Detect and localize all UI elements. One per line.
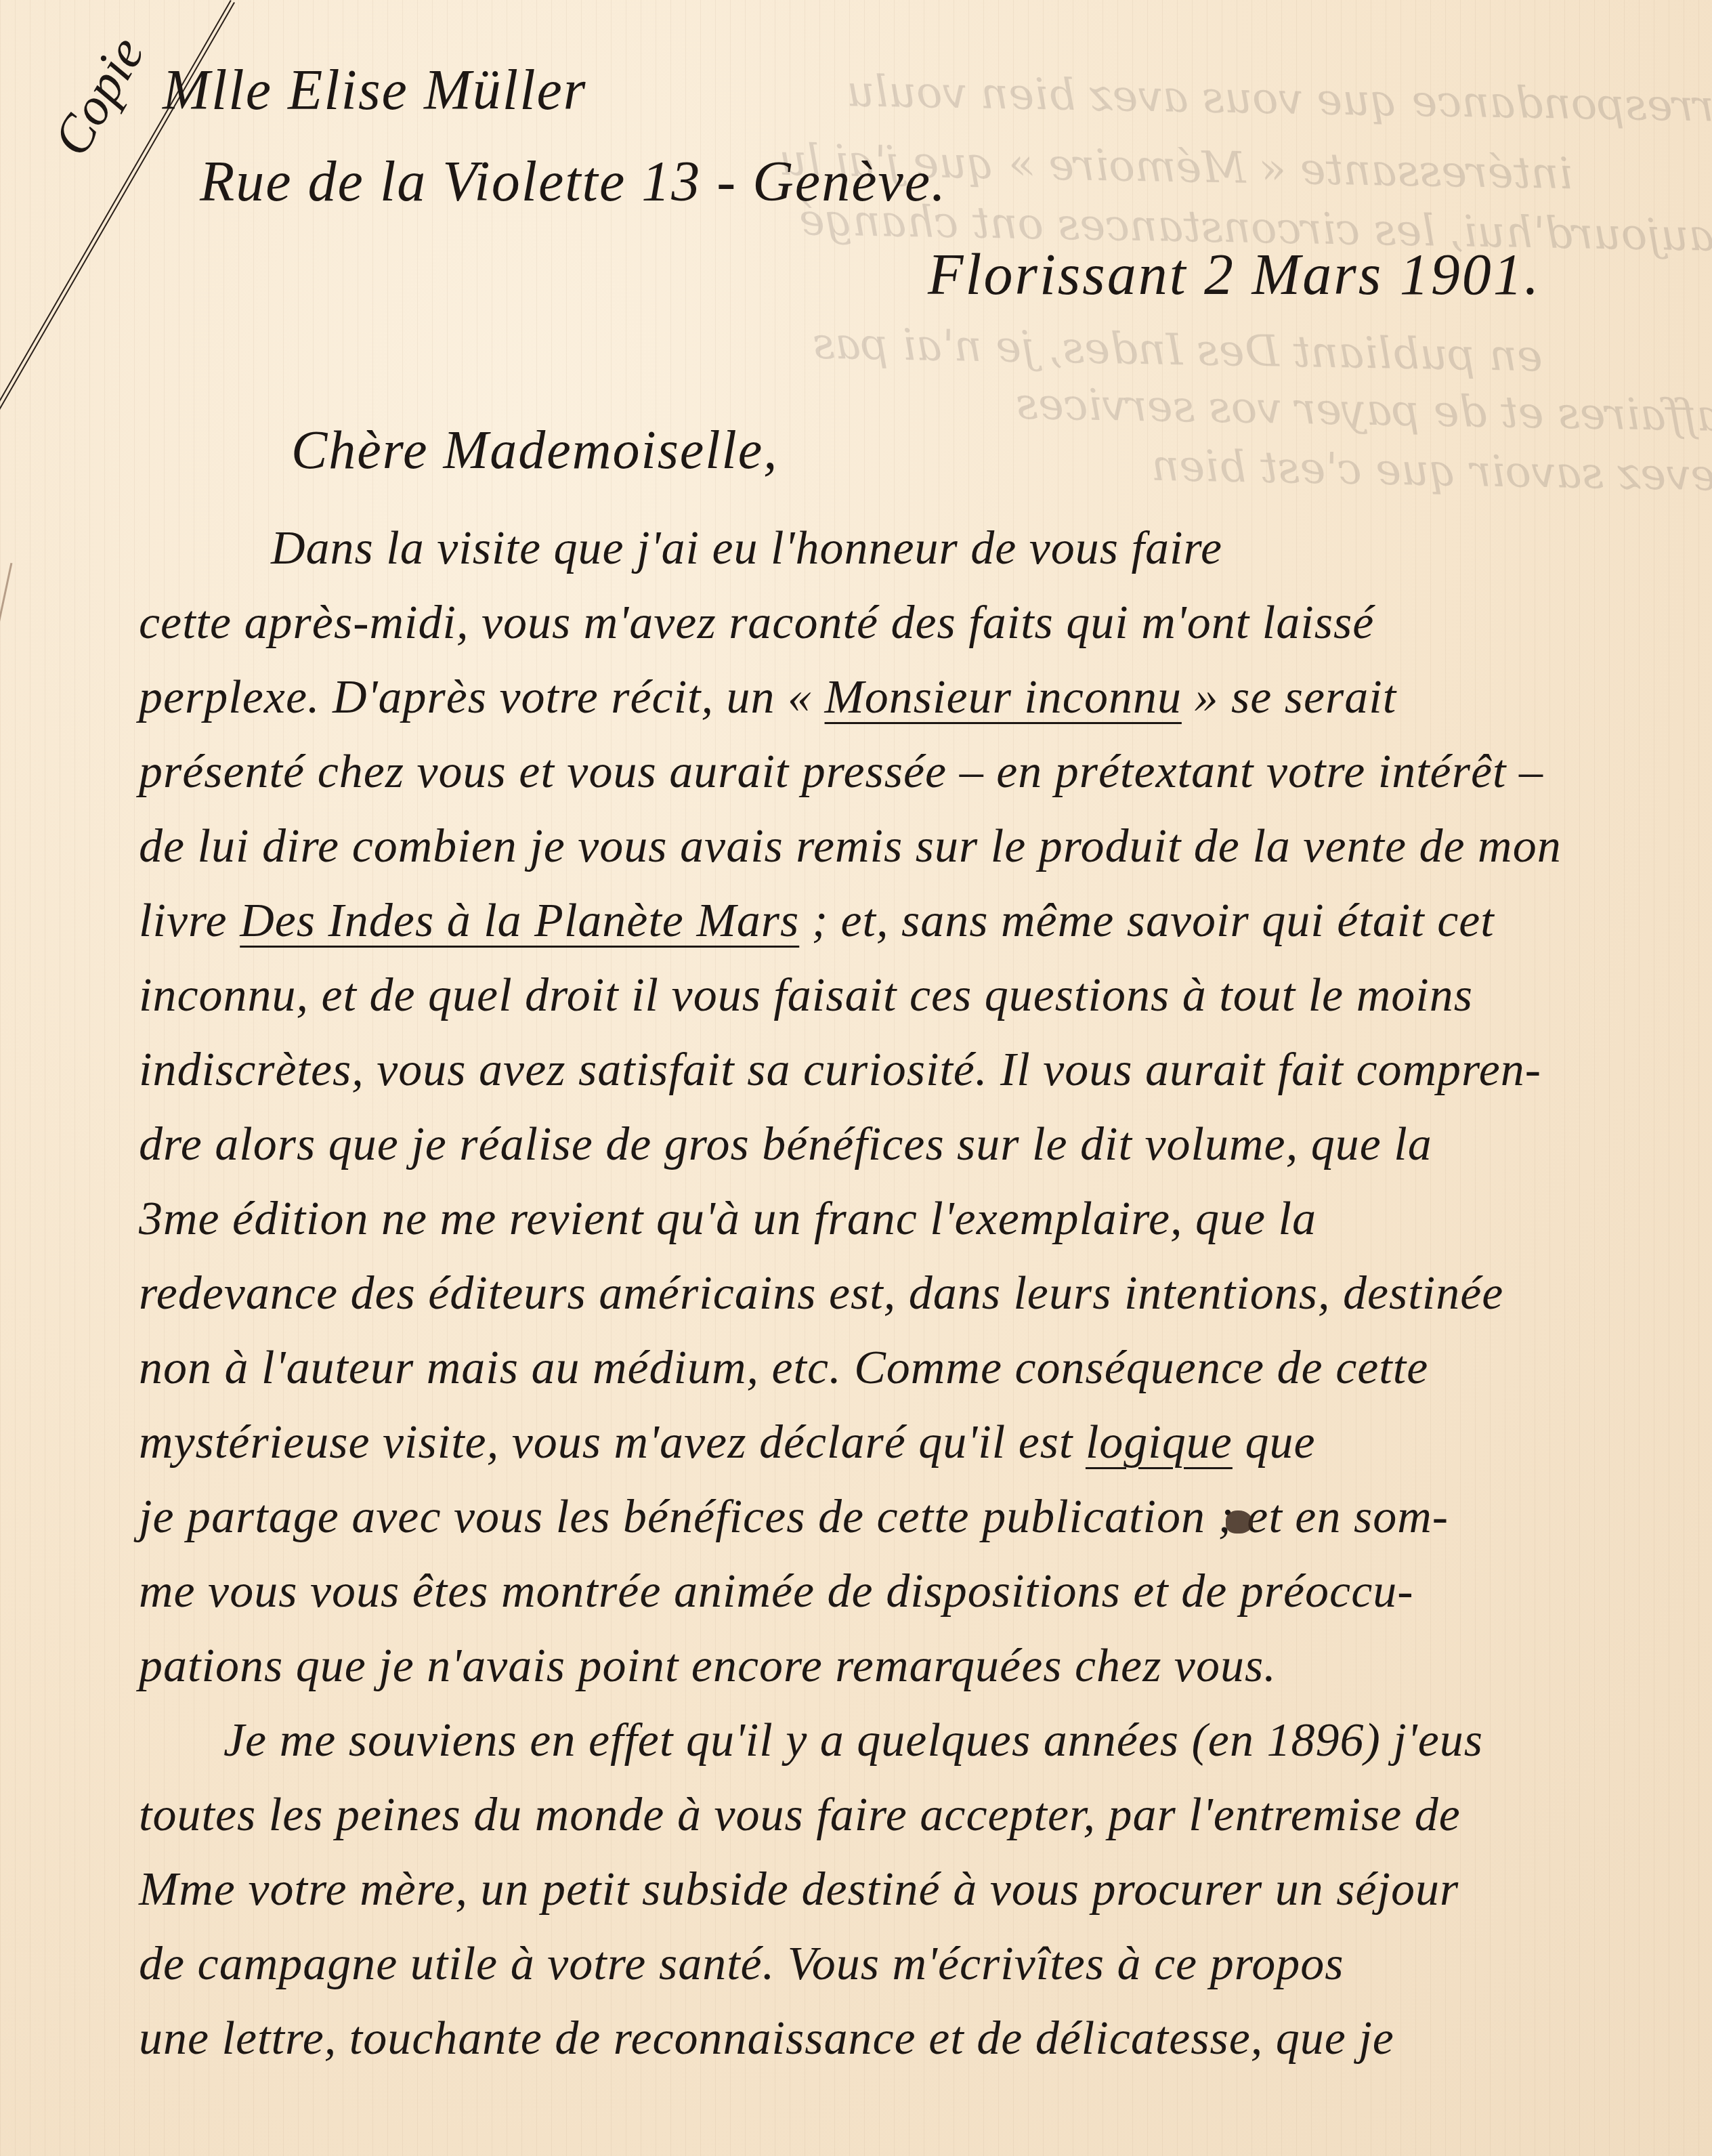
body-line: me vous vous êtes montrée animée de disp… [139, 1565, 1414, 1619]
place-date-line: Florissant 2 Mars 1901. [928, 240, 1541, 308]
body-line: cette après-midi, vous m'avez raconté de… [139, 596, 1374, 650]
text: mystérieuse visite, vous m'avez déclaré … [139, 1416, 1086, 1468]
body-line: je partage avec vous les bénéfices de ce… [139, 1490, 1449, 1544]
text: perplexe. D'après votre récit, un « [139, 671, 825, 723]
letter-page: correspondance que vous avez bien voulu … [0, 0, 1712, 2156]
bleed-through-line: correspondance que vous avez bien voulu [846, 66, 1712, 133]
body-line: Mme votre mère, un petit subside destiné… [139, 1863, 1459, 1917]
salutation: Chère Mademoiselle, [291, 420, 778, 482]
text: que [1233, 1416, 1316, 1468]
body-line: livre Des Indes à la Planète Mars ; et, … [139, 894, 1495, 948]
body-line: toutes les peines du monde à vous faire … [139, 1788, 1461, 1842]
body-line: inconnu, et de quel droit il vous faisai… [139, 969, 1473, 1023]
body-line: dre alors que je réalise de gros bénéfic… [139, 1118, 1432, 1172]
underlined-phrase: Monsieur inconnu [825, 671, 1182, 723]
body-line: présenté chez vous et vous aurait pressé… [139, 745, 1543, 799]
ink-blot [1226, 1510, 1253, 1534]
body-line: 3me édition ne me revient qu'à un franc … [139, 1192, 1317, 1246]
body-line: perplexe. D'après votre récit, un « Mons… [139, 671, 1396, 725]
text: ; et, sans même savoir qui était cet [799, 895, 1495, 947]
margin-ink-mark [0, 563, 12, 636]
text: livre [139, 895, 240, 947]
body-line: redevance des éditeurs américains est, d… [139, 1267, 1503, 1321]
bleed-through-line: vous devez savoir que c'est bien [1151, 441, 1712, 503]
body-line: Dans la visite que j'ai eu l'honneur de … [271, 522, 1222, 576]
body-line: pations que je n'avais point encore rema… [139, 1639, 1277, 1693]
body-line: indiscrètes, vous avez satisfait sa curi… [139, 1043, 1541, 1097]
bleed-through-line: en publiant Des Indes, je n'ai pas [812, 319, 1543, 382]
body-line: de campagne utile à votre santé. Vous m'… [139, 1937, 1344, 1991]
underlined-word: logique [1086, 1416, 1233, 1468]
body-line: de lui dire combien je vous avais remis … [139, 820, 1562, 874]
text: » se serait [1182, 671, 1396, 723]
recipient-address: Rue de la Violette 13 - Genève. [200, 149, 947, 215]
body-line: une lettre, touchante de reconnaissance … [139, 2012, 1394, 2066]
bleed-through-line: vos affaires et de payer vos services [1015, 379, 1712, 443]
recipient-name: Mlle Elise Müller [163, 58, 587, 123]
body-line: Je me souviens en effet qu'il y a quelqu… [223, 1714, 1483, 1768]
book-title: Des Indes à la Planète Mars [240, 895, 799, 947]
body-line: mystérieuse visite, vous m'avez déclaré … [139, 1416, 1315, 1470]
body-line: non à l'auteur mais au médium, etc. Comm… [139, 1341, 1428, 1395]
copie-annotation: Copie [41, 26, 156, 166]
